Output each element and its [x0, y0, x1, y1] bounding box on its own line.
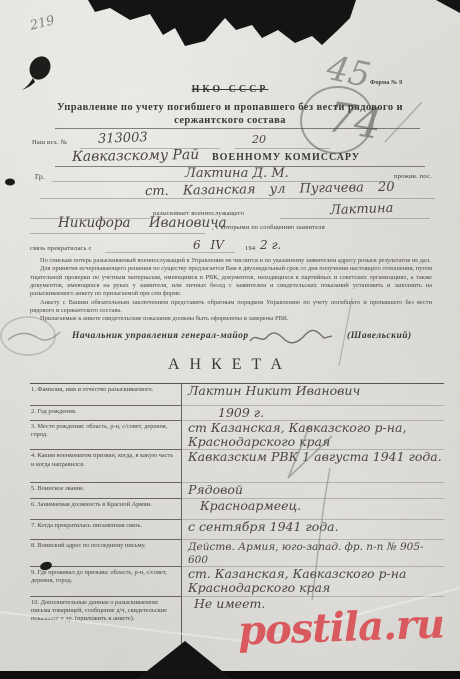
- ink-blot-tail: [21, 78, 35, 90]
- scanned-document-photo: 219 Форма № 9 45 74 НКО СССР Управление …: [0, 0, 460, 679]
- torn-edge-bottom: [137, 641, 232, 679]
- ink-blot-left: [26, 53, 55, 84]
- torn-edge-top: [88, 0, 356, 46]
- paper-hole-mid: [39, 561, 53, 572]
- torn-paper-edges: [0, 0, 460, 679]
- paper-hole-left: [5, 179, 15, 186]
- torn-edge-top-right: [436, 0, 460, 13]
- watermark-logo: postila.ru: [237, 600, 445, 654]
